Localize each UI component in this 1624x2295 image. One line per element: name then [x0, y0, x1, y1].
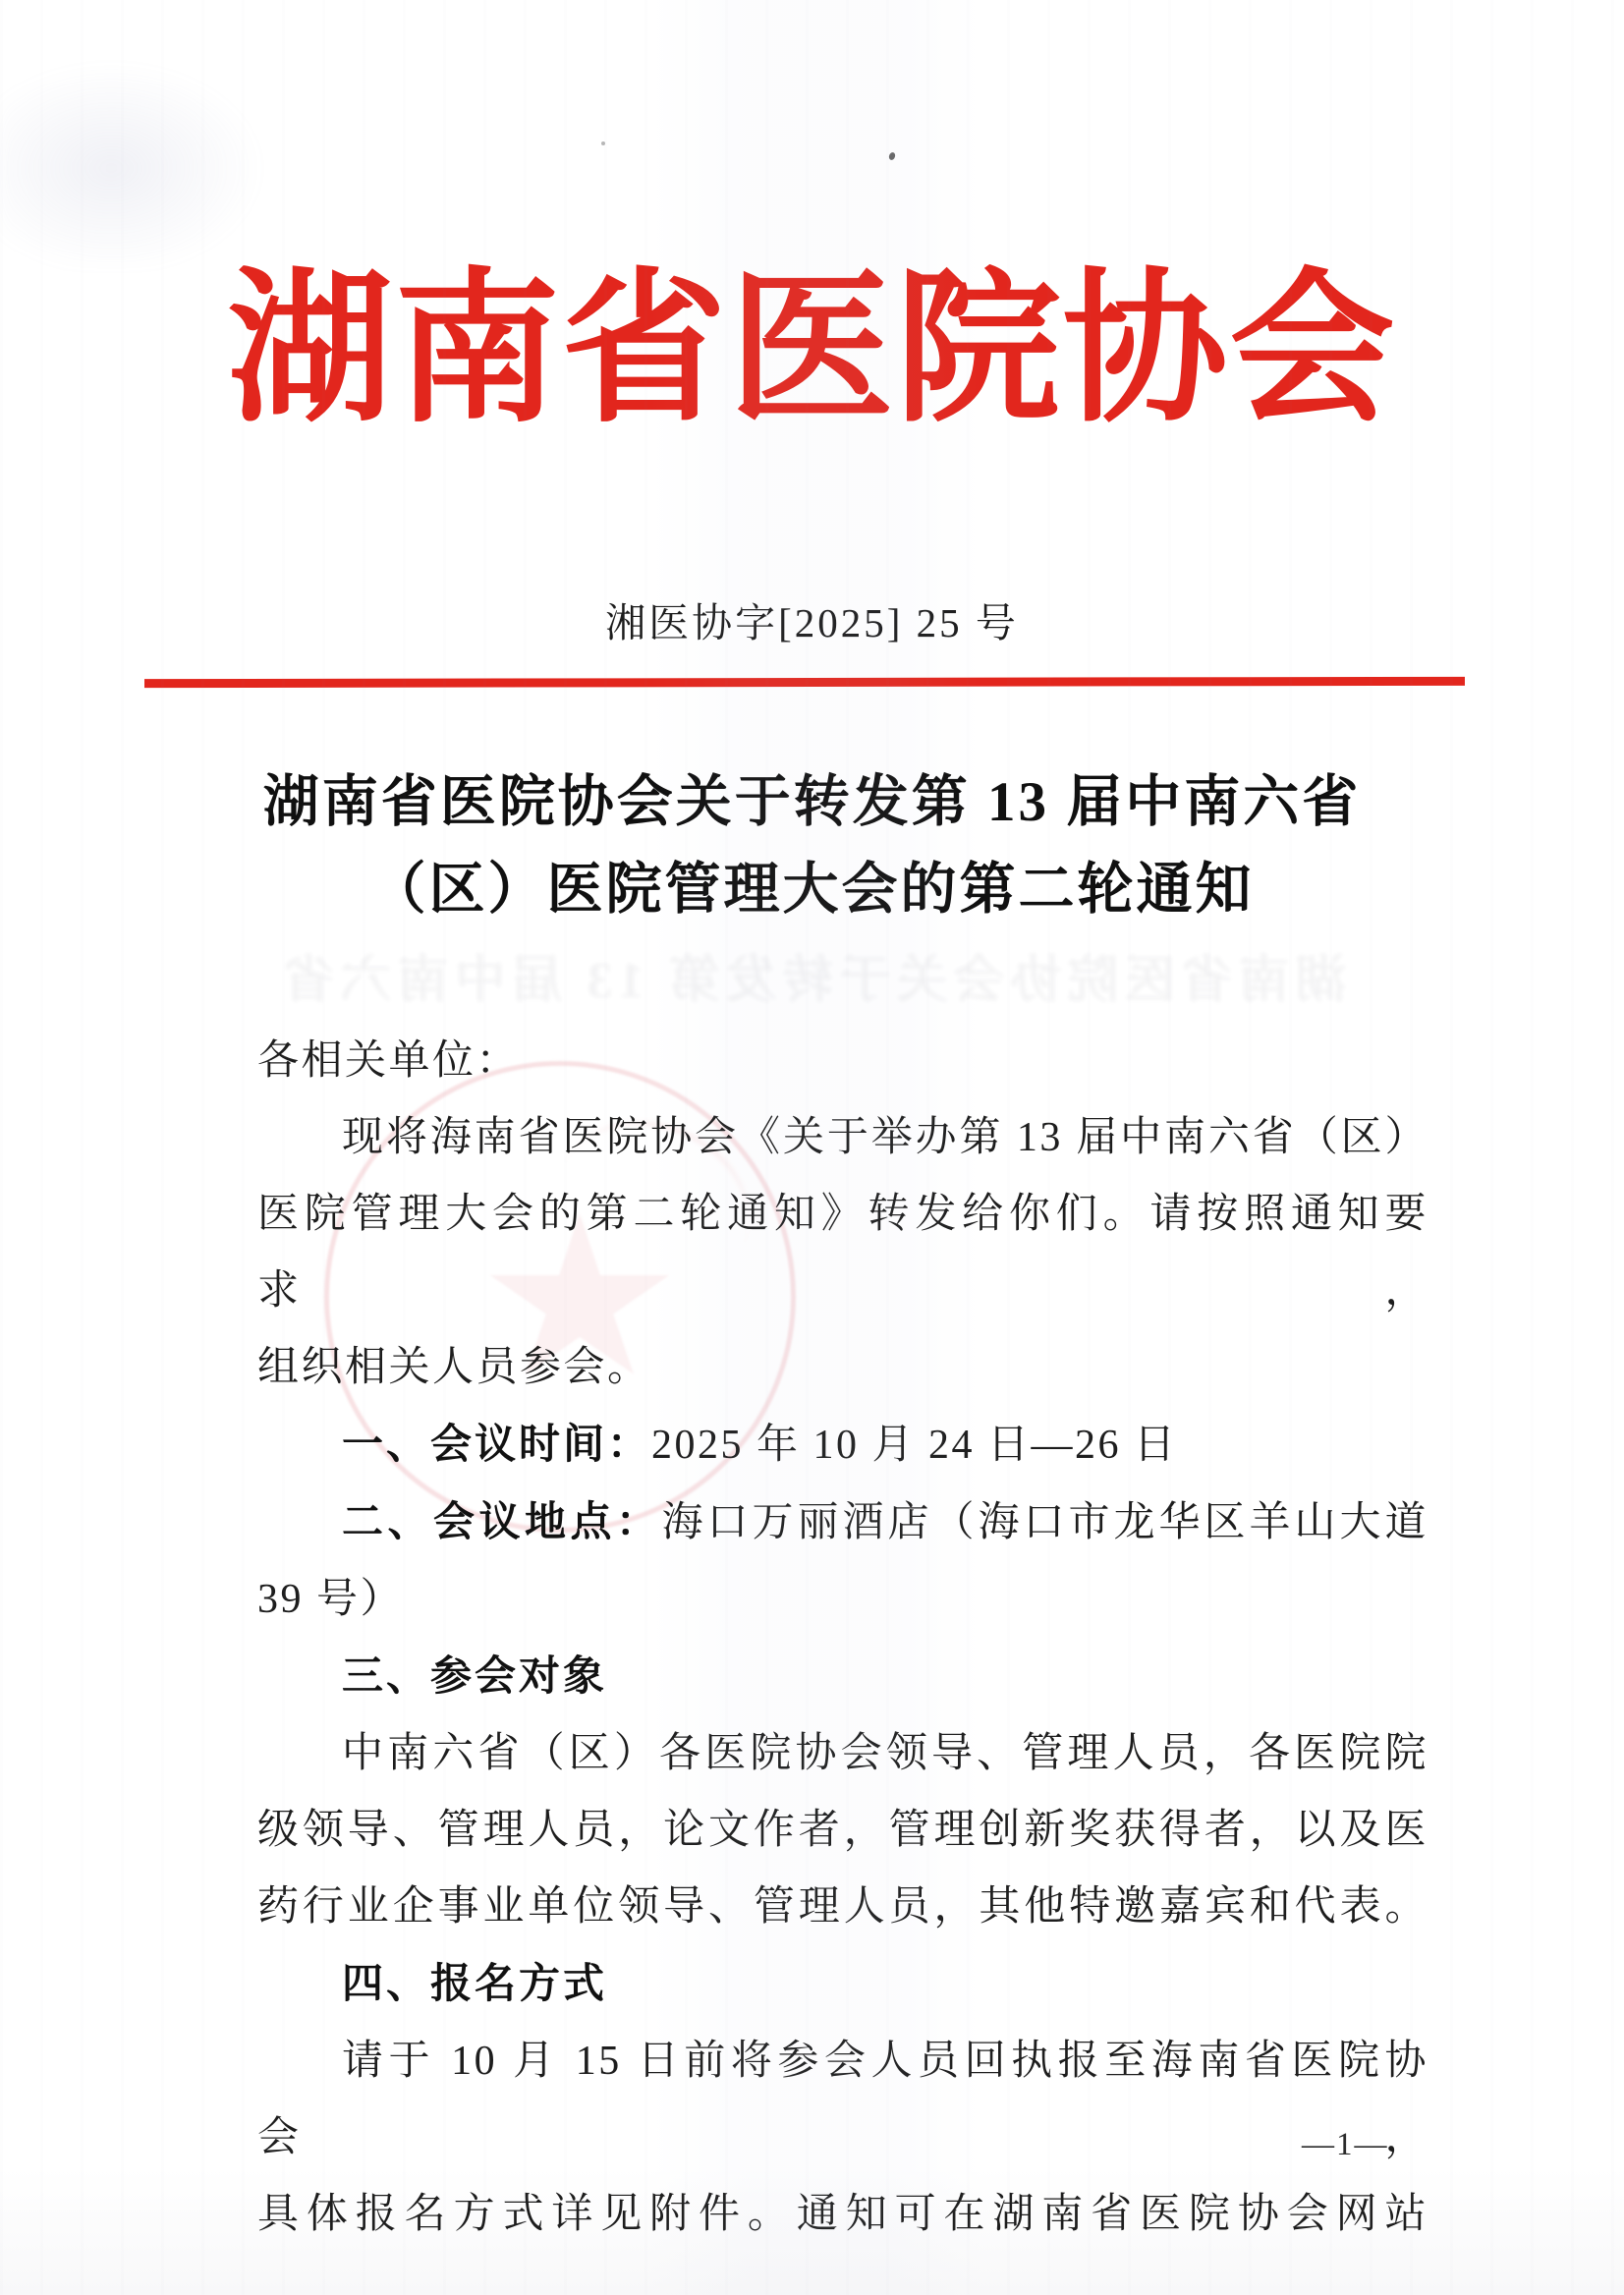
scanned-document-page: 湖南省医院协会关于转发第 13 届中南六省 湖南省医院协会 湘医协字[2025]… — [0, 0, 1624, 2295]
body-line-registration-heading: 四、报名方式 — [257, 1945, 1428, 2023]
body-line: 药行业企事业单位领导、管理人员，其他特邀嘉宾和代表。 — [257, 1869, 1428, 1945]
notice-body: 各相关单位： 现将海南省医院协会《关于举办第 13 届中南六省（区） 医院管理大… — [257, 1023, 1428, 2253]
body-line-meeting-time: 一、会议时间：2025 年 10 月 24 日—26 日 — [257, 1406, 1428, 1483]
notice-title-line1: 湖南省医院协会关于转发第 13 届中南六省 — [0, 758, 1624, 846]
scan-speck — [601, 141, 605, 145]
notice-title-line2: （区）医院管理大会的第二轮通知 — [0, 846, 1624, 933]
body-line-attendees-heading: 三、参会对象 — [257, 1638, 1428, 1715]
section-heading: 四、报名方式 — [342, 1960, 607, 2006]
body-line: 具体报名方式详见附件。通知可在湖南省医院协会网站 — [257, 2176, 1428, 2253]
body-line: 医院管理大会的第二轮通知》转发给你们。请按照通知要求， — [257, 1176, 1428, 1329]
body-line: 中南六省（区）各医院协会领导、管理人员，各医院院 — [257, 1715, 1428, 1792]
body-line: 请于 10 月 15 日前将参会人员回执报至海南省医院协会， — [257, 2023, 1428, 2176]
body-line-salutation: 各相关单位： — [257, 1023, 1428, 1099]
section-heading: 二、会议地点： — [342, 1498, 662, 1544]
section-heading: 一、会议时间： — [342, 1421, 651, 1467]
notice-title: 湖南省医院协会关于转发第 13 届中南六省 （区）医院管理大会的第二轮通知 — [0, 758, 1624, 933]
organization-title: 湖南省医院协会 — [0, 248, 1624, 454]
body-line: 级领导、管理人员，论文作者，管理创新奖获得者，以及医 — [257, 1792, 1428, 1869]
scan-smudge — [0, 61, 265, 267]
scan-speck — [888, 151, 896, 161]
section-heading: 三、参会对象 — [342, 1652, 607, 1699]
document-number: 湘医协字[2025] 25 号 — [0, 590, 1624, 648]
ink-bleed-ghost: 湖南省医院协会关于转发第 13 届中南六省 — [0, 938, 1624, 1012]
body-line: 现将海南省医院协会《关于举办第 13 届中南六省（区） — [257, 1099, 1428, 1176]
page-number: —1— — [1302, 2127, 1389, 2163]
body-line: 组织相关人员参会。 — [257, 1329, 1428, 1406]
body-line: 39 号） — [257, 1561, 1428, 1638]
body-line-meeting-place: 二、会议地点：海口万丽酒店（海口市龙华区羊山大道 — [257, 1483, 1428, 1561]
red-divider-line — [144, 677, 1465, 688]
